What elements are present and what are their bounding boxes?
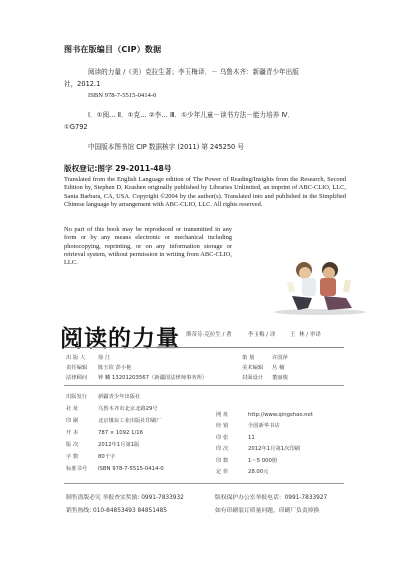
title-divider [64, 347, 344, 348]
spec-address: 社 址乌鲁木齐市北京北路29号 [66, 404, 158, 412]
staff-cover-design: 封面设计董丽俊 [242, 373, 288, 381]
cip-entry-line2: 社，2012.1 [64, 79, 100, 89]
book-title: 阅读的力量 [60, 320, 180, 353]
reproduction-notice: No part of this book may be reproduced o… [64, 226, 232, 267]
boys-reading-illustration [268, 258, 372, 318]
staff-legal: 法律顾问钟 麟 13201203567（新疆国法律师事务所） [66, 373, 207, 381]
spec-website: 网 址http://www.qingshao.net [216, 410, 313, 418]
cip-title: 图书在版编目（CIP）数据 [64, 44, 161, 55]
anti-piracy-hotline: 制售盗版必究 举报查实奖励: 0991-7833932 [66, 492, 184, 501]
copyright-registration: 版权登记:图字 29-2011-48号 [64, 163, 171, 174]
spec-sheets: 印 张11 [216, 433, 255, 441]
translation-notice: Translated from the English Language edi… [64, 176, 346, 209]
reviewer-credit: 王 林 / 审译 [290, 330, 321, 338]
staff-divider [64, 385, 344, 386]
translator-credit: 李玉梅 / 译 [248, 330, 275, 338]
sales-hotline: 销售热线: 010-84853493 84851485 [66, 505, 167, 514]
author-credit: 斯蒂芬·克拉生 / 著 [186, 330, 232, 338]
staff-editor: 责任编辑陈玉钦 彭小艳 [66, 363, 131, 371]
cip-verification: 中国版本图书馆 CIP 数据核字 (2011) 第 245250 号 [88, 142, 244, 152]
publisher-row: 出版发行新疆青少年出版社 [66, 392, 140, 400]
staff-planning: 策 划许国萍 [242, 353, 288, 361]
cip-entry-line1: 阅读的力量 /（美）克拉生著；李玉梅译．－ 乌鲁木齐：新疆青少年出版 [88, 67, 299, 77]
staff-publisher: 出 版 人徐 江 [66, 353, 110, 361]
spec-price: 定 价28.00元 [216, 467, 268, 475]
spec-distributor: 经 销全国新华书店 [216, 421, 280, 429]
footer-divider [64, 483, 344, 484]
staff-art-editor: 美术编辑丛 楠 [242, 363, 284, 371]
cip-classification-line2: ①G792 [64, 122, 88, 132]
spec-print-run: 印 数1～5 000册 [216, 456, 277, 464]
cip-classification-line1: Ⅰ．①阅… Ⅱ．①克… ②李… Ⅲ．①少年儿童－读书方法－能力培养 Ⅳ． [88, 110, 294, 120]
copyright-office-hotline: 版权保护办公室举报电话：0991-7833927 [215, 492, 327, 501]
spec-printer: 印 刷北京煤炭工业出版社印刷厂 [66, 416, 162, 424]
cover-photo [268, 258, 372, 318]
cip-isbn: ISBN 978-7-5515-0414-0 [88, 91, 156, 101]
spec-format: 开 本787 × 1092 1/16 [66, 428, 143, 436]
spec-isbn: 标准书号ISBN 978-7-5515-0414-0 [66, 464, 164, 472]
spec-printing: 印 次2012年1月第1次印刷 [216, 444, 300, 452]
print-quality-notice: 如有印刷装订质量问题，印刷厂负责掉换 [215, 505, 319, 514]
spec-word-count: 字 数80千字 [66, 452, 115, 460]
spec-edition: 版 次2012年1月第1版 [66, 440, 139, 448]
